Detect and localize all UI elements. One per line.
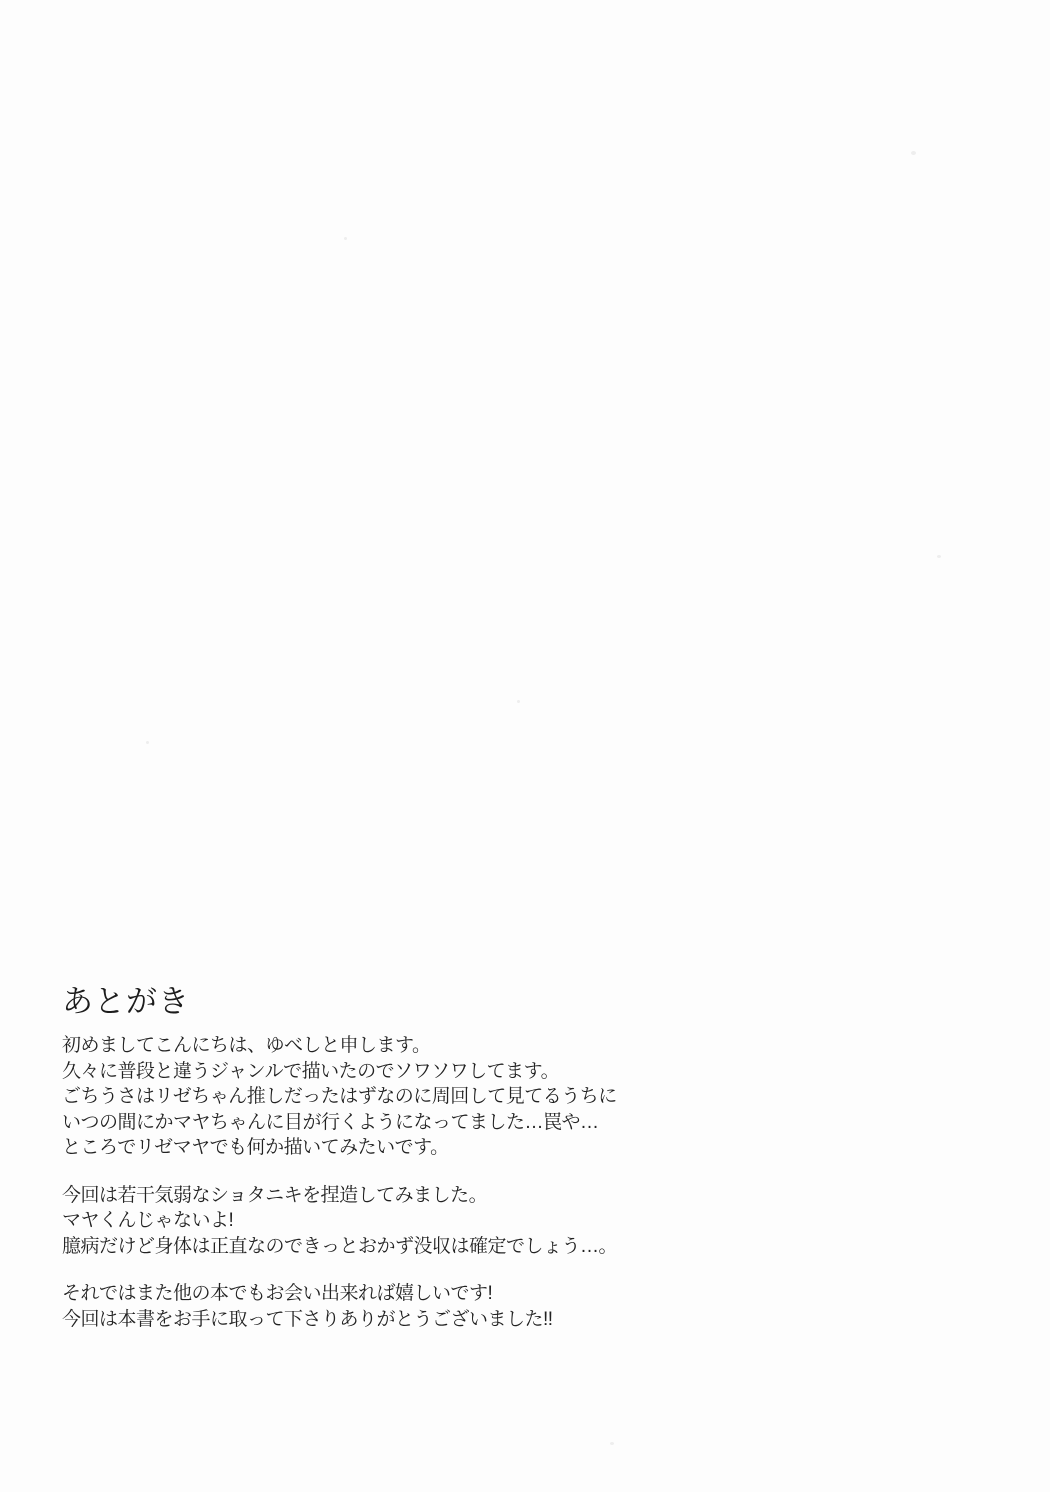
afterword-paragraph-3: それではまた他の本でもお会い出来れば嬉しいです! 今回は本書をお手に取って下さり… — [62, 1281, 622, 1332]
scan-speck — [146, 741, 149, 744]
afterword-paragraph-1: 初めましてこんにちは、ゆべしと申します。 久々に普段と違うジャンルで描いたのでソ… — [62, 1033, 622, 1161]
scan-speck — [344, 237, 347, 240]
text-line: 臆病だけど身体は正直なのできっとおかず没収は確定でしょう…。 — [62, 1234, 622, 1260]
scan-speck — [911, 151, 916, 155]
text-line: 初めましてこんにちは、ゆべしと申します。 — [62, 1033, 622, 1059]
text-line: マヤくんじゃないよ! — [62, 1208, 622, 1234]
scan-speck — [610, 1442, 614, 1445]
text-line: ごちうさはリゼちゃん推しだったはずなのに周回して見てるうちに — [62, 1084, 622, 1110]
afterword-heading: あとがき — [62, 985, 622, 1019]
afterword-section: あとがき 初めましてこんにちは、ゆべしと申します。 久々に普段と違うジャンルで描… — [62, 985, 622, 1332]
text-line: 久々に普段と違うジャンルで描いたのでソワソワしてます。 — [62, 1059, 622, 1085]
text-line: 今回は若干気弱なショタニキを捏造してみました。 — [62, 1183, 622, 1209]
scan-speck — [517, 700, 520, 703]
text-line: 今回は本書をお手に取って下さりありがとうございました!! — [62, 1307, 622, 1333]
scan-speck — [937, 555, 941, 558]
text-line: いつの間にかマヤちゃんに目が行くようになってました…罠や… — [62, 1110, 622, 1136]
scanned-page: あとがき 初めましてこんにちは、ゆべしと申します。 久々に普段と違うジャンルで描… — [0, 0, 1050, 1492]
text-line: ところでリゼマヤでも何か描いてみたいです。 — [62, 1135, 622, 1161]
text-line: それではまた他の本でもお会い出来れば嬉しいです! — [62, 1281, 622, 1307]
afterword-paragraph-2: 今回は若干気弱なショタニキを捏造してみました。 マヤくんじゃないよ! 臆病だけど… — [62, 1183, 622, 1260]
